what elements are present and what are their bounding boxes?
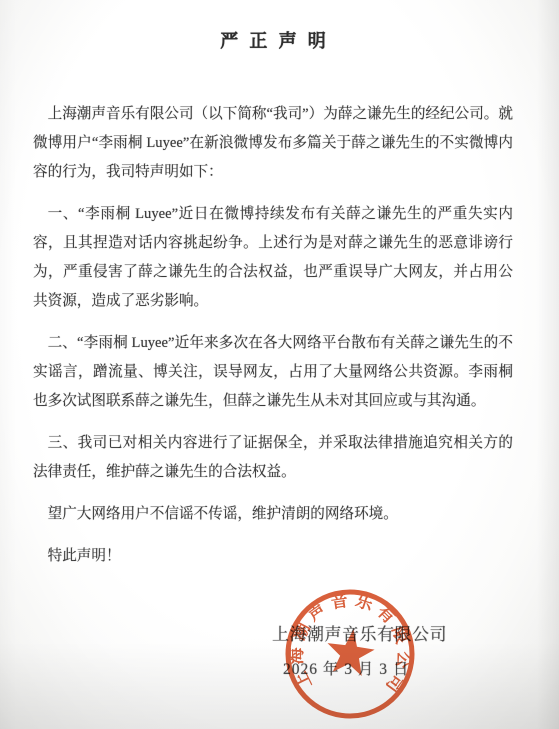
statement-body: 严正声明 上海潮声音乐有限公司（以下简称“我司”）为薛之谦先生的经纪公司。就微博… [0, 0, 559, 571]
statement-title: 严正声明 [33, 27, 513, 53]
statement-point-2: 二、“李雨桐 Luyee”近年来多次在各大网络平台散布有关薛之谦先生的不实谣言，… [33, 329, 513, 416]
company-seal: 上海潮声音乐有限公司 [270, 574, 430, 729]
statement-point-1: 一、“李雨桐 Luyee”近日在微博持续发布有关薛之谦先生的严重失实内容，且其捏… [33, 200, 513, 316]
statement-document-photo: 严正声明 上海潮声音乐有限公司（以下简称“我司”）为薛之谦先生的经纪公司。就微博… [0, 0, 559, 729]
statement-appeal-paragraph: 望广大网络用户不信谣不传谣，维护清朗的网络环境。 [33, 500, 513, 529]
statement-intro-paragraph: 上海潮声音乐有限公司（以下简称“我司”）为薛之谦先生的经纪公司。就微博用户“李雨… [33, 100, 513, 187]
statement-closing: 特此声明！ [33, 542, 513, 571]
statement-point-3: 三、我司已对相关内容进行了证据保全，并采取法律措施追究相关方的法律责任，维护薛之… [33, 429, 513, 487]
star-icon [324, 626, 377, 677]
